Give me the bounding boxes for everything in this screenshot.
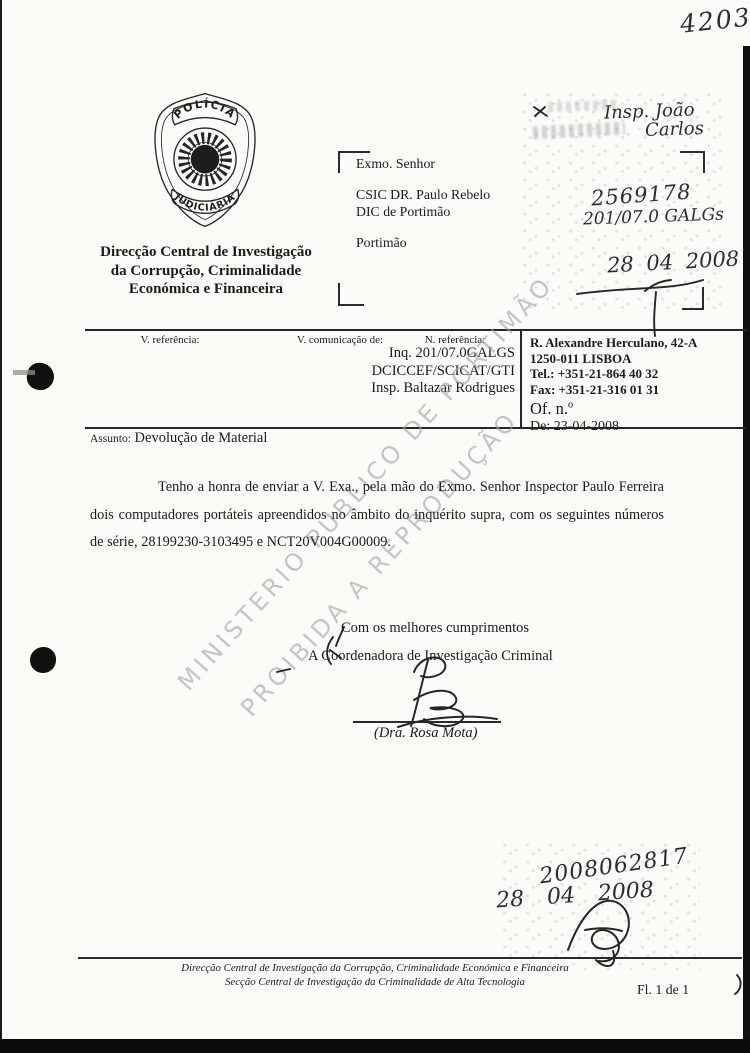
- oficio-number-label: Of. n.º: [530, 399, 742, 418]
- footer-line-1: Direcção Central de Investigação da Corr…: [85, 962, 665, 976]
- org-title-line-2: da Corrupção, Criminalidade: [60, 262, 352, 281]
- punch-hole-mark-bottom: [30, 647, 56, 673]
- signer-name: (Dra. Rosa Mota): [374, 725, 478, 742]
- sender-telephone: Tel.: +351-21-864 40 32: [530, 366, 742, 382]
- recipient-salutation: Exmo. Senhor: [356, 155, 490, 172]
- footer-line-2: Secção Central de Investigação da Crimin…: [85, 976, 665, 990]
- recipient-department: DIC de Portimão: [356, 203, 490, 220]
- scan-streak: [13, 370, 35, 375]
- punch-hole-mark-top: [25, 361, 56, 392]
- sender-contact-block: R. Alexandre Herculano, 42-A 1250-011 LI…: [530, 335, 742, 436]
- scanned-letter-page: POLÍCIA JUDICIÁRIA Direcção Central de I…: [0, 0, 750, 1053]
- subject-line: Assunto: Devolução de Material: [90, 430, 267, 447]
- scan-edge-left: [0, 0, 2, 1053]
- sender-fax: Fax: +351-21-316 01 31: [530, 382, 742, 398]
- signature-rosa-mota: [398, 657, 497, 727]
- handwritten-top-number: 4203: [679, 2, 750, 38]
- scan-edge-right: [743, 46, 750, 1053]
- closing-salutation: Com os melhores cumprimentos: [341, 620, 529, 637]
- footer-block: Direcção Central de Investigação da Corr…: [85, 962, 665, 989]
- recipient-address-block: Exmo. Senhor CSIC DR. Paulo Rebelo DIC d…: [356, 155, 490, 251]
- recipient-name: CSIC DR. Paulo Rebelo: [356, 186, 490, 203]
- footer-rule: [78, 957, 742, 959]
- address-window-corner-br: [682, 287, 704, 310]
- letter-body-paragraph: Tenho a honra de enviar a V. Exa., pela …: [90, 474, 664, 557]
- page-number: Fl. 1 de 1: [637, 982, 689, 998]
- recipient-city: Portimão: [356, 234, 490, 251]
- org-title-line-3: Económica e Financeira: [60, 280, 352, 299]
- sender-street: R. Alexandre Herculano, 42-A: [530, 335, 742, 351]
- closing-role-line: A Coordenadora de Investigação Criminal: [308, 648, 553, 665]
- inspector-reference: Insp. Baltazar Rodrigues: [260, 380, 515, 398]
- org-title: Direcção Central de Investigação da Corr…: [60, 243, 352, 299]
- signature-line: [353, 721, 501, 723]
- letter-date: De: 23-04-2008: [530, 418, 742, 436]
- address-window-corner-tr: [680, 151, 705, 173]
- org-title-line-1: Direcção Central de Investigação: [60, 243, 352, 262]
- sender-city: 1250-011 LISBOA: [530, 351, 742, 367]
- subject-value: Devolução de Material: [135, 430, 268, 446]
- scan-edge-bottom: [0, 1039, 750, 1053]
- your-reference-header: V. referência:: [100, 334, 240, 346]
- address-window-corner-bl: [338, 283, 364, 306]
- edge-scribble: [735, 975, 741, 994]
- policia-judiciaria-crest-icon: POLÍCIA JUDICIÁRIA: [142, 90, 268, 230]
- subject-label: Assunto:: [90, 433, 131, 445]
- handwritten-inspector-note-line2: Carlos: [645, 118, 705, 141]
